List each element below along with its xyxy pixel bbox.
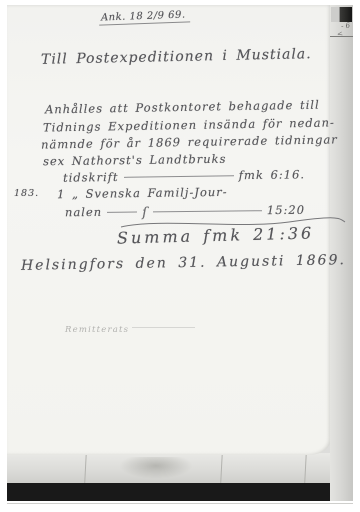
item-amount: 15:20 <box>267 203 305 217</box>
item-line-1: 1 „ Svenska Familj-Jour- <box>57 185 228 201</box>
item-line-2: nalen ſ 15:20 <box>65 203 305 221</box>
photo-area: - 6 < Ank. 18 2/9 69. Till Postexpeditio… <box>7 5 353 501</box>
item-amount: fmk 6:16. <box>239 167 305 182</box>
pencil-tail-line <box>132 327 195 328</box>
flourish-mark: ſ <box>142 205 148 220</box>
pencil-note: Remitterats <box>65 325 195 335</box>
scan-frame: - 6 < Ank. 18 2/9 69. Till Postexpeditio… <box>0 0 360 512</box>
pencil-note-text: Remitterats <box>65 325 129 335</box>
item-label: nalen <box>65 205 102 219</box>
dark-background-band <box>7 483 353 501</box>
ledger-dash-line <box>107 212 137 213</box>
body-line-4: sex Nathorst's Landtbruks <box>43 152 227 169</box>
edge-mark: < <box>336 29 343 38</box>
ledger-dash-line <box>153 210 262 212</box>
stain-smudge <box>119 457 193 479</box>
margin-item-number: 183. <box>14 188 39 199</box>
binding-tab <box>331 7 352 22</box>
item-label: tidskrift <box>63 170 119 185</box>
ledger-dash-line <box>124 175 234 178</box>
edge-line <box>330 36 353 37</box>
scan-bottom-line <box>7 503 353 504</box>
